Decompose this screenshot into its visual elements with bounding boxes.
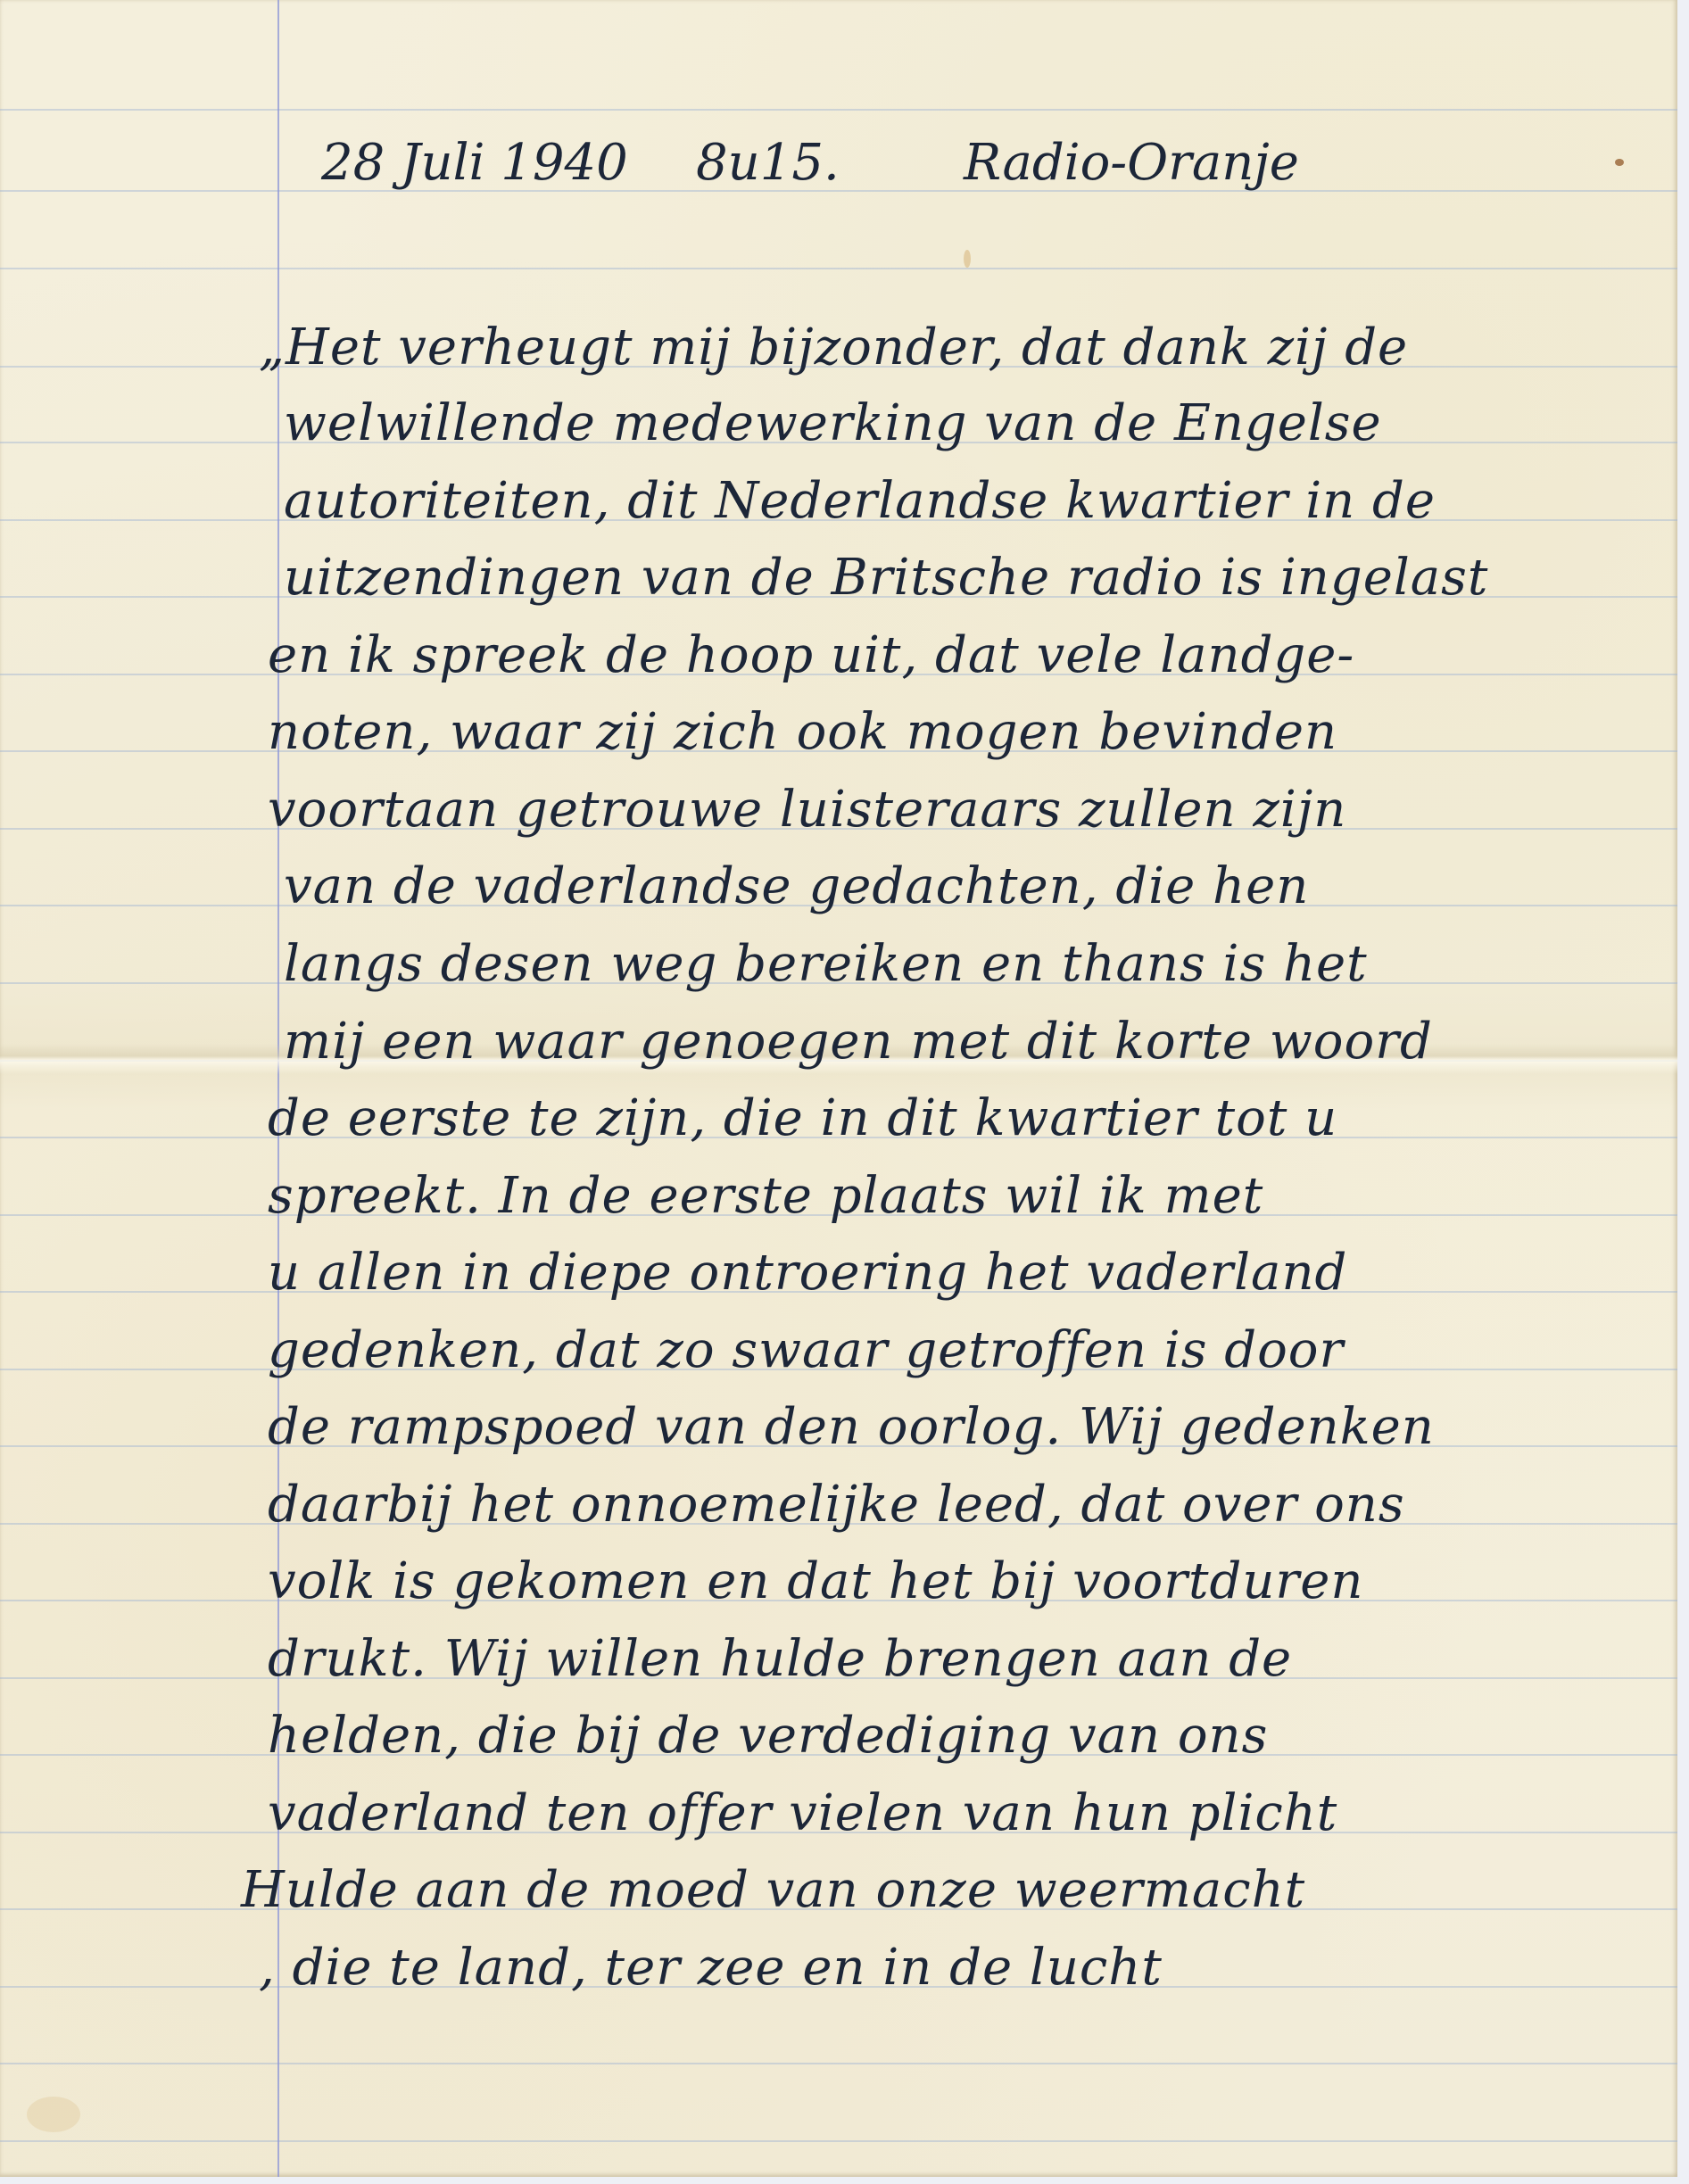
letter-line: Hulde aan de moed van onze weermacht [241,1865,1305,1915]
header-date: 28 Juli 1940 [321,134,628,192]
letter-line: „Het verheugt mij bijzonder, dat dank zi… [259,323,1408,373]
letter-line: van de vaderlandse gedachten, die hen [284,862,1309,912]
letter-line: de eerste te zijn, die in dit kwartier t… [268,1094,1337,1144]
letter-line: vaderland ten offer vielen van hun plich… [268,1789,1337,1839]
letter-line: langs desen weg bereiken en thans is het [284,939,1368,989]
letter-line: drukt. Wij willen hulde brengen aan de [268,1634,1292,1684]
letter-line: volk is gekomen en dat het bij voortdure… [268,1557,1363,1607]
letter-line: spreekt. In de eerste plaats wil ik met [268,1171,1263,1221]
letter-line: autoriteiten, dit Nederlandse kwartier i… [284,476,1436,526]
letter-line: u allen in diepe ontroering het vaderlan… [268,1248,1347,1298]
letter-paper: 28 Juli 1940 8u15. Radio-Oranje „Het ver… [0,0,1677,2177]
ruled-line [0,2063,1677,2064]
letter-line: noten, waar zij zich ook mogen bevinden [268,707,1337,757]
letter-line: mij een waar genoegen met dit korte woor… [284,1017,1433,1067]
letter-line: helden, die bij de verdediging van ons [268,1711,1268,1761]
ruled-line [0,2140,1677,2142]
ruled-line [0,109,1677,111]
letter-line: gedenken, dat zo swaar getroffen is door [268,1326,1344,1376]
letter-line: welwillende medewerking van de Engelse [284,399,1382,449]
paper-stain [27,2097,80,2132]
letter-line: uitzendingen van de Britsche radio is in… [284,553,1488,603]
paper-stain [1615,159,1624,166]
letter-line: en ik spreek de hoop uit, dat vele landg… [268,631,1354,681]
header-time: 8u15. [696,134,840,192]
header-title: Radio-Oranje [964,134,1299,192]
letter-line: de rampspoed van den oorlog. Wij gedenke… [268,1402,1435,1452]
letter-line: daarbij het onnoemelijke leed, dat over … [268,1480,1405,1530]
paper-stain [964,250,971,268]
letter-line: , die te land, ter zee en in de lucht [259,1943,1163,1993]
ruled-line [0,268,1677,269]
letter-line: voortaan getrouwe luisteraars zullen zij… [268,785,1346,835]
letter-header: 28 Juli 1940 8u15. Radio-Oranje [321,134,1392,205]
